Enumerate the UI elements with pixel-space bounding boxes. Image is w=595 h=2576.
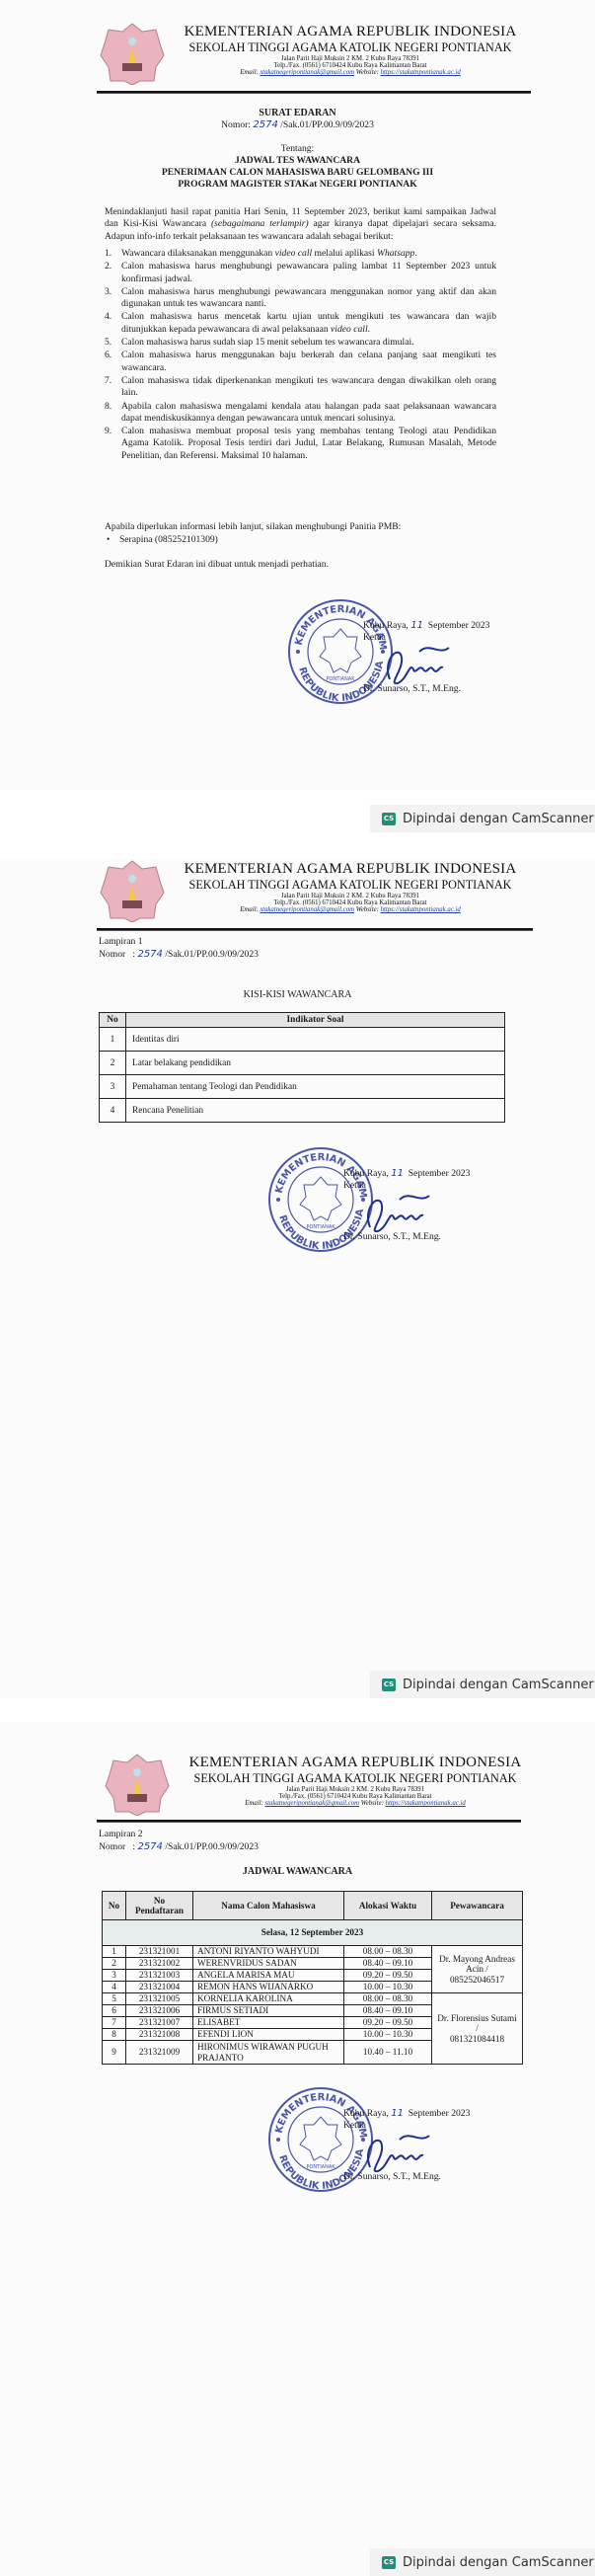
cell-no-pendaftaran: 231321005 bbox=[126, 1993, 193, 2005]
cell-no: 9 bbox=[103, 2041, 126, 2065]
institution-logo-icon bbox=[99, 22, 166, 85]
cell-no-pendaftaran: 231321002 bbox=[126, 1958, 193, 1970]
email-label: Email: bbox=[240, 906, 259, 913]
school-name: SEKOLAH TINGGI AGAMA KATOLIK NEGERI PONT… bbox=[168, 878, 533, 893]
address: Jalan Parit Haji Muksin 2 KM. 2 Kubu Ray… bbox=[168, 55, 533, 62]
cell-no-pendaftaran: 231321009 bbox=[126, 2041, 193, 2065]
signature-block: KEMENTERIAN AGAMAREPUBLIK INDONESIAPONTI… bbox=[266, 2080, 513, 2199]
nomor-label: Nomor: bbox=[221, 119, 251, 130]
header-pewawancara: Pewawancara bbox=[432, 1892, 523, 1920]
contact-line: Email: stakatnegeripontianak@gmail.com W… bbox=[168, 906, 533, 913]
cell-nama: ELISABET bbox=[193, 2017, 344, 2029]
contact-person: Serapina (085252101309) bbox=[119, 534, 218, 545]
cell-no-pendaftaran: 231321001 bbox=[126, 1946, 193, 1958]
page-1-surat-edaran: KEMENTERIAN AGAMA REPUBLIK INDONESIA SEK… bbox=[0, 0, 595, 790]
item-number: 2. bbox=[105, 261, 112, 273]
cell-no: 2 bbox=[100, 1052, 126, 1075]
interviewer-phone: 085252046517 bbox=[436, 1975, 518, 1986]
phone: Telp./Fax. (0561) 6710424 Kubu Raya Kali… bbox=[173, 1793, 538, 1800]
bullet-icon: • bbox=[107, 534, 110, 545]
website-link[interactable]: https://stakatnpontianak.ac.id bbox=[381, 906, 461, 913]
header-indikator: Indikator Soal bbox=[126, 1013, 505, 1028]
cell-nama: REMON HANS WIJANARKO bbox=[193, 1982, 344, 1993]
item-number: 4. bbox=[105, 311, 112, 323]
institution-logo-icon bbox=[104, 1753, 171, 1816]
month-year: September 2023 bbox=[428, 620, 490, 631]
cell-no: 5 bbox=[103, 1993, 126, 2005]
signature-block: KEMENTERIAN AGAMAREPUBLIK INDONESIAPONTI… bbox=[266, 1140, 513, 1259]
cell-no-pendaftaran: 231321004 bbox=[126, 1982, 193, 1993]
camscanner-label: Dipindai dengan CamScanner bbox=[403, 1678, 594, 1692]
instruction-item: 3.Calon mahasiswa harus menghubungi pewa… bbox=[105, 286, 496, 311]
cell-no: 6 bbox=[103, 2005, 126, 2017]
letterhead-rule bbox=[97, 928, 533, 931]
item-text: Calon mahasiswa tidak diperkenankan meng… bbox=[121, 375, 496, 398]
header-nama: Nama Calon Mahasiswa bbox=[193, 1892, 344, 1920]
school-name: SEKOLAH TINGGI AGAMA KATOLIK NEGERI PONT… bbox=[168, 40, 533, 55]
item-number: 3. bbox=[105, 286, 112, 298]
item-number: 8. bbox=[105, 401, 112, 413]
cell-no-pendaftaran: 231321008 bbox=[126, 2029, 193, 2041]
contact-line: Email: stakatnegeripontianak@gmail.com W… bbox=[173, 1800, 538, 1807]
camscanner-logo-icon: CS bbox=[382, 813, 396, 825]
letterhead-rule bbox=[97, 91, 531, 94]
email-link[interactable]: stakatnegeripontianak@gmail.com bbox=[260, 906, 354, 913]
email-link[interactable]: stakatnegeripontianak@gmail.com bbox=[264, 1800, 359, 1807]
phone: Telp./Fax. (0561) 6710424 Kubu Raya Kali… bbox=[168, 899, 533, 906]
lampiran-label: Lampiran 1 bbox=[99, 936, 143, 948]
instruction-list: 1.Wawancara dilaksanakan menggunakan vid… bbox=[105, 248, 496, 463]
day-handwritten: 11 bbox=[410, 620, 423, 631]
cell-indikator: Pemahaman tentang Teologi dan Pendidikan bbox=[126, 1075, 505, 1099]
signature-block: KEMENTERIAN AGAMAREPUBLIK INDONESIAPONTI… bbox=[286, 592, 533, 711]
ministry-name: KEMENTERIAN AGAMA REPUBLIK INDONESIA bbox=[168, 861, 533, 878]
day-row: Selasa, 12 September 2023 bbox=[103, 1920, 523, 1946]
item-text: Apabila calon mahasiswa mengalami kendal… bbox=[121, 401, 496, 424]
camscanner-label: Dipindai dengan CamScanner bbox=[403, 2555, 594, 2570]
jadwal-title: JADWAL WAWANCARA bbox=[0, 1866, 595, 1878]
cell-alokasi-waktu: 10.40 – 11.10 bbox=[344, 2041, 432, 2065]
instruction-item: 1.Wawancara dilaksanakan menggunakan vid… bbox=[105, 248, 496, 260]
instruction-item: 6.Calon mahasiswa harus menggunakan baju… bbox=[105, 350, 496, 374]
contact-item: • Serapina (085252101309) bbox=[107, 534, 498, 546]
instruction-item: 7.Calon mahasiswa tidak diperkenankan me… bbox=[105, 375, 496, 400]
cell-indikator: Rencana Penelitian bbox=[126, 1099, 505, 1123]
signature-place-date: Kubu Raya, 11 September 2023 bbox=[343, 1168, 470, 1180]
cell-no: 1 bbox=[103, 1946, 126, 1958]
nomor-handwritten: 2574 bbox=[137, 949, 162, 960]
instruction-item: 5.Calon mahasiswa harus sudah siap 15 me… bbox=[105, 337, 496, 349]
website-link[interactable]: https://stakatnpontianak.ac.id bbox=[381, 69, 461, 76]
instruction-item: 4.Calon mahasiswa harus mencetak kartu u… bbox=[105, 311, 496, 336]
cell-alokasi-waktu: 10.00 – 10.30 bbox=[344, 2029, 432, 2041]
camscanner-logo-icon: CS bbox=[382, 2556, 396, 2569]
svg-text:PONTIANAK: PONTIANAK bbox=[306, 1224, 335, 1230]
cell-pewawancara: Dr. Mayong Andreas Acin /085252046517 bbox=[432, 1946, 523, 1993]
cell-no: 3 bbox=[100, 1075, 126, 1099]
cell-no: 2 bbox=[103, 1958, 126, 1970]
tentang-label: Tentang: bbox=[0, 143, 595, 155]
interviewer-name: Dr. Florensius Sutami / bbox=[436, 2013, 518, 2034]
table-row: 1231321001ANTONI RIYANTO WAHYUDI08.00 – … bbox=[103, 1946, 523, 1958]
cell-no: 4 bbox=[103, 1982, 126, 1993]
day-label: Selasa, 12 September 2023 bbox=[103, 1920, 523, 1946]
camscanner-badge: CS Dipindai dengan CamScanner bbox=[370, 2548, 595, 2576]
lampiran-number: Nomor : 2574 /Sak.01/PP.00.9/09/2023 bbox=[99, 1841, 259, 1853]
instruction-item: 2.Calon mahasiswa harus menghubungi pewa… bbox=[105, 261, 496, 285]
ministry-name: KEMENTERIAN AGAMA REPUBLIK INDONESIA bbox=[173, 1755, 538, 1771]
interviewer-name: Dr. Mayong Andreas Acin / bbox=[436, 1954, 518, 1975]
nomor-label: Nomor bbox=[99, 949, 125, 960]
phone: Telp./Fax. (0561) 6710424 Kubu Raya Kali… bbox=[168, 62, 533, 69]
cell-nama: WERENVRIDUS SADAN bbox=[193, 1958, 344, 1970]
table-row: 1Identitas diri bbox=[100, 1028, 505, 1052]
interviewer-phone: 081321084418 bbox=[436, 2034, 518, 2045]
nomor-suffix: /Sak.01/PP.00.9/09/2023 bbox=[165, 949, 259, 960]
day-handwritten: 11 bbox=[391, 1168, 404, 1179]
cell-indikator: Latar belakang pendidikan bbox=[126, 1052, 505, 1075]
item-number: 9. bbox=[105, 426, 112, 437]
cell-no-pendaftaran: 231321003 bbox=[126, 1970, 193, 1982]
header-no: No bbox=[103, 1892, 126, 1920]
cell-alokasi-waktu: 09.20 – 09.50 bbox=[344, 1970, 432, 1982]
subject-line-3: PROGRAM MAGISTER STAKat NEGERI PONTIANAK bbox=[0, 179, 595, 191]
item-text: Calon mahasiswa harus menggunakan baju b… bbox=[121, 350, 496, 372]
cell-nama: HIRONIMUS WIRAWAN PUGUH PRAJANTO bbox=[193, 2041, 344, 2065]
header-no: No bbox=[100, 1013, 126, 1028]
camscanner-badge: CS Dipindai dengan CamScanner bbox=[370, 805, 595, 832]
camscanner-badge: CS Dipindai dengan CamScanner bbox=[370, 1671, 595, 1698]
item-text: Calon mahasiswa harus mencetak kartu uji… bbox=[121, 311, 496, 334]
svg-text:PONTIANAK: PONTIANAK bbox=[326, 676, 355, 682]
cell-no: 8 bbox=[103, 2029, 126, 2041]
nomor-handwritten: 2574 bbox=[253, 119, 277, 130]
item-text: Wawancara dilaksanakan menggunakan video… bbox=[121, 248, 417, 259]
cell-alokasi-waktu: 08.00 – 08.30 bbox=[344, 1993, 432, 2005]
nomor-handwritten: 2574 bbox=[137, 1841, 162, 1852]
item-text: Calon mahasiswa harus menghubungi pewawa… bbox=[121, 261, 496, 283]
item-number: 7. bbox=[105, 375, 112, 387]
jadwal-table: No No Pendaftaran Nama Calon Mahasiswa A… bbox=[102, 1891, 523, 2065]
website-label: Website: bbox=[356, 906, 379, 913]
item-number: 5. bbox=[105, 337, 112, 349]
letterhead-rule bbox=[97, 1820, 521, 1823]
lampiran-number: Nomor : 2574 /Sak.01/PP.00.9/09/2023 bbox=[99, 949, 259, 961]
cell-no: 7 bbox=[103, 2017, 126, 2029]
cell-alokasi-waktu: 08.00 – 08.30 bbox=[344, 1946, 432, 1958]
cell-no: 1 bbox=[100, 1028, 126, 1052]
item-number: 1. bbox=[105, 248, 112, 260]
signatory-name: Dr. Sunarso, S.T., M.Eng. bbox=[363, 683, 461, 695]
cell-alokasi-waktu: 09.20 – 09.50 bbox=[344, 2017, 432, 2029]
instruction-item: 9.Calon mahasiswa membuat proposal tesis… bbox=[105, 426, 496, 462]
cell-nama: FIRMUS SETIADI bbox=[193, 2005, 344, 2017]
table-row: 3Pemahaman tentang Teologi dan Pendidika… bbox=[100, 1075, 505, 1099]
cell-nama: KORNELIA KAROLINA bbox=[193, 1993, 344, 2005]
ministry-name: KEMENTERIAN AGAMA REPUBLIK INDONESIA bbox=[168, 24, 533, 40]
website-label: Website: bbox=[356, 69, 379, 76]
header-no-pendaftaran: No Pendaftaran bbox=[126, 1892, 193, 1920]
table-row: 5231321005KORNELIA KAROLINA08.00 – 08.30… bbox=[103, 1993, 523, 2005]
contact-intro: Apabila diperlukan informasi lebih lanju… bbox=[105, 521, 496, 533]
intro-paragraph: Menindaklanjuti hasil rapat panitia Hari… bbox=[105, 206, 496, 243]
cell-nama: ANGELA MARISA MAU bbox=[193, 1970, 344, 1982]
item-number: 6. bbox=[105, 350, 112, 361]
address: Jalan Parit Haji Muksin 2 KM. 2 Kubu Ray… bbox=[168, 893, 533, 899]
subject-line-2: PENERIMAAN CALON MAHASISWA BARU GELOMBAN… bbox=[0, 167, 595, 179]
cell-alokasi-waktu: 08.40 – 09.10 bbox=[344, 1958, 432, 1970]
cell-nama: ANTONI RIYANTO WAHYUDI bbox=[193, 1946, 344, 1958]
website-label: Website: bbox=[361, 1800, 384, 1807]
camscanner-logo-icon: CS bbox=[382, 1678, 396, 1691]
item-text: Calon mahasiswa harus menghubungi pewawa… bbox=[121, 286, 496, 309]
intro-italic: (sebagaimana terlampir) bbox=[211, 218, 309, 229]
signatory-name: Dr. Sunarso, S.T., M.Eng. bbox=[343, 1231, 441, 1243]
month-year: September 2023 bbox=[409, 1168, 471, 1179]
place: Kubu Raya, bbox=[363, 620, 409, 631]
cell-no: 4 bbox=[100, 1099, 126, 1123]
item-text: Calon mahasiswa harus sudah siap 15 meni… bbox=[121, 337, 414, 348]
month-year: September 2023 bbox=[409, 2108, 471, 2119]
nomor-label: Nomor bbox=[99, 1841, 125, 1852]
lampiran-label: Lampiran 2 bbox=[99, 1829, 143, 1840]
svg-text:PONTIANAK: PONTIANAK bbox=[306, 2164, 335, 2170]
table-row: 4Rencana Penelitian bbox=[100, 1099, 505, 1123]
letter-number: Nomor: 2574 /Sak.01/PP.00.9/09/2023 bbox=[0, 119, 595, 131]
signatory-name: Dr. Sunarso, S.T., M.Eng. bbox=[343, 2171, 441, 2183]
page-2-kisi-kisi: KEMENTERIAN AGAMA REPUBLIK INDONESIA SEK… bbox=[0, 859, 595, 1698]
place: Kubu Raya, bbox=[343, 2108, 389, 2119]
website-link[interactable]: https://stakatnpontianak.ac.id bbox=[386, 1800, 466, 1807]
email-label: Email: bbox=[240, 69, 259, 76]
kisi-title: KISI-KISI WAWANCARA bbox=[0, 989, 595, 1001]
signature-place-date: Kubu Raya, 11 September 2023 bbox=[343, 2108, 470, 2120]
day-handwritten: 11 bbox=[391, 2108, 404, 2119]
cell-alokasi-waktu: 10.00 – 10.30 bbox=[344, 1982, 432, 1993]
table-row: 2Latar belakang pendidikan bbox=[100, 1052, 505, 1075]
cell-pewawancara: Dr. Florensius Sutami /081321084418 bbox=[432, 1993, 523, 2065]
contact-line: Email: stakatnegeripontianak@gmail.com W… bbox=[168, 69, 533, 76]
kisi-kisi-table: No Indikator Soal 1Identitas diri2Latar … bbox=[99, 1012, 505, 1123]
email-label: Email: bbox=[245, 1800, 263, 1807]
letter-title: SURAT EDARAN bbox=[0, 108, 595, 119]
closing-sentence: Demikian Surat Edaran ini dibuat untuk m… bbox=[105, 559, 496, 571]
cell-alokasi-waktu: 08.40 – 09.10 bbox=[344, 2005, 432, 2017]
header-alokasi-waktu: Alokasi Waktu bbox=[344, 1892, 432, 1920]
signature-place-date: Kubu Raya, 11 September 2023 bbox=[363, 620, 489, 632]
page-3-jadwal: KEMENTERIAN AGAMA REPUBLIK INDONESIA SEK… bbox=[0, 1722, 595, 2576]
nomor-suffix: /Sak.01/PP.00.9/09/2023 bbox=[280, 119, 374, 130]
cell-no: 3 bbox=[103, 1970, 126, 1982]
nomor-suffix: /Sak.01/PP.00.9/09/2023 bbox=[165, 1841, 259, 1852]
cell-indikator: Identitas diri bbox=[126, 1028, 505, 1052]
school-name: SEKOLAH TINGGI AGAMA KATOLIK NEGERI PONT… bbox=[173, 1771, 538, 1786]
address: Jalan Parit Haji Muksin 2 KM. 2 Kubu Ray… bbox=[173, 1786, 538, 1793]
subject-line-1: JADWAL TES WAWANCARA bbox=[0, 155, 595, 167]
institution-logo-icon bbox=[99, 859, 166, 922]
cell-no-pendaftaran: 231321007 bbox=[126, 2017, 193, 2029]
cell-nama: EFENDI LION bbox=[193, 2029, 344, 2041]
cell-no-pendaftaran: 231321006 bbox=[126, 2005, 193, 2017]
instruction-item: 8.Apabila calon mahasiswa mengalami kend… bbox=[105, 401, 496, 426]
email-link[interactable]: stakatnegeripontianak@gmail.com bbox=[260, 69, 354, 76]
item-text: Calon mahasiswa membuat proposal tesis y… bbox=[121, 426, 496, 461]
place: Kubu Raya, bbox=[343, 1168, 389, 1179]
camscanner-label: Dipindai dengan CamScanner bbox=[403, 812, 594, 826]
